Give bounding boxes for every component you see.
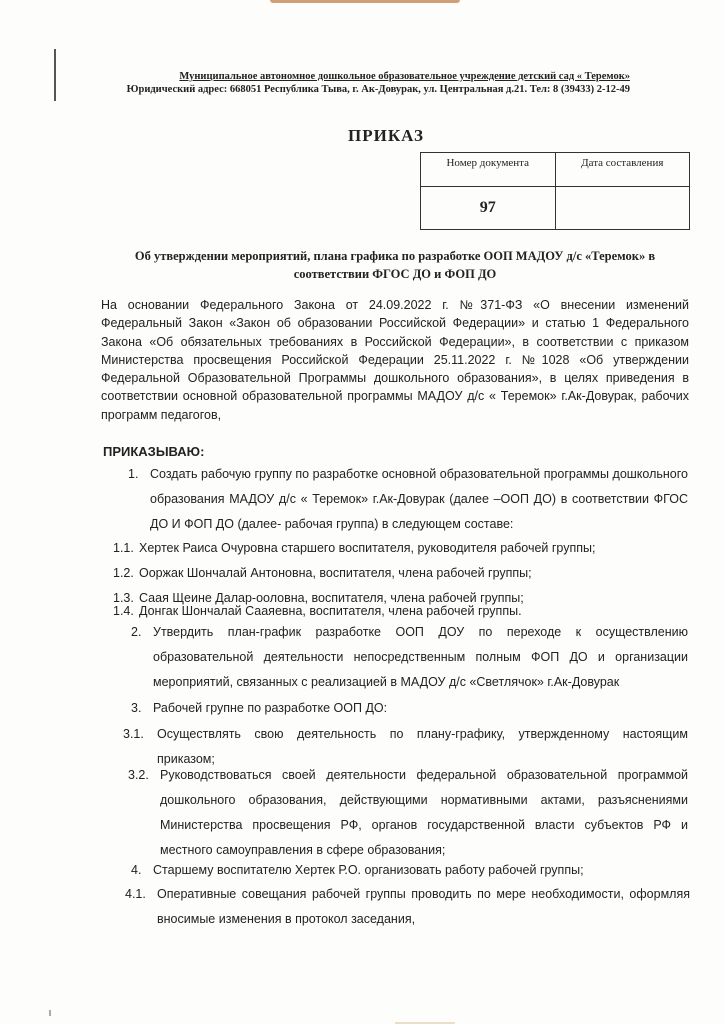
order-item-4: 4. Старшему воспитателю Хертек Р.О. орга… (131, 858, 688, 883)
item-number: 1. (128, 462, 138, 487)
preamble-paragraph: На основании Федерального Закона от 24.0… (101, 296, 689, 424)
document-title: ПРИКАЗ (348, 126, 424, 146)
margin-mark (54, 49, 56, 101)
organization-name: Муниципальное автономное дошкольное обра… (100, 70, 630, 83)
item-text: Ооржак Шончалай Антоновна, воспитателя, … (139, 561, 688, 586)
doc-date-value (555, 187, 690, 230)
item-text: Утвердить план-график разработке ООП ДОУ… (153, 620, 688, 695)
item-text: Руководствоваться своей деятельности фед… (160, 763, 688, 863)
item-number: 1.1. (113, 536, 134, 561)
order-heading: ПРИКАЗЫВАЮ: (103, 444, 204, 459)
item-number: 4. (131, 858, 141, 883)
item-number: 3. (131, 696, 141, 721)
order-item-1-1: 1.1. Хертек Раиса Очуровна старшего восп… (113, 536, 688, 561)
document-page: Муниципальное автономное дошкольное обра… (0, 0, 725, 1024)
order-item-3-2: 3.2. Руководствоваться своей деятельност… (128, 763, 688, 863)
doc-number-header: Номер документа (421, 153, 556, 187)
order-item-3: 3. Рабочей групне по разработке ООП ДО: (131, 696, 688, 721)
item-text: Хертек Раиса Очуровна старшего воспитате… (139, 536, 688, 561)
scan-edge-artifact (270, 0, 460, 3)
item-text: Создать рабочую группу по разработке осн… (150, 462, 688, 537)
order-item-1: 1. Создать рабочую группу по разработке … (128, 462, 688, 537)
organization-address: Юридический адрес: 668051 Республика Тыв… (100, 83, 630, 96)
doc-number-value: 97 (421, 187, 556, 230)
item-number: 1.2. (113, 561, 134, 586)
document-number-table: Номер документа Дата составления 97 (420, 152, 690, 230)
item-number: 3.1. (123, 722, 144, 747)
item-number: 4.1. (125, 882, 146, 907)
order-item-2: 2. Утвердить план-график разработке ООП … (131, 620, 688, 695)
order-subject: Об утверждении мероприятий, плана график… (100, 247, 690, 283)
item-number: 3.2. (128, 763, 149, 788)
margin-mark-bottom (49, 1010, 51, 1016)
doc-date-header: Дата составления (555, 153, 690, 187)
letterhead: Муниципальное автономное дошкольное обра… (100, 70, 630, 96)
item-text: Оперативные совещания рабочей группы про… (157, 882, 690, 932)
item-text: Старшему воспитателю Хертек Р.О. организ… (153, 858, 688, 883)
item-number: 2. (131, 620, 141, 645)
item-text: Рабочей групне по разработке ООП ДО: (153, 696, 688, 721)
order-item-4-1: 4.1. Оперативные совещания рабочей групп… (125, 882, 690, 932)
order-item-1-2: 1.2. Ооржак Шончалай Антоновна, воспитат… (113, 561, 688, 586)
